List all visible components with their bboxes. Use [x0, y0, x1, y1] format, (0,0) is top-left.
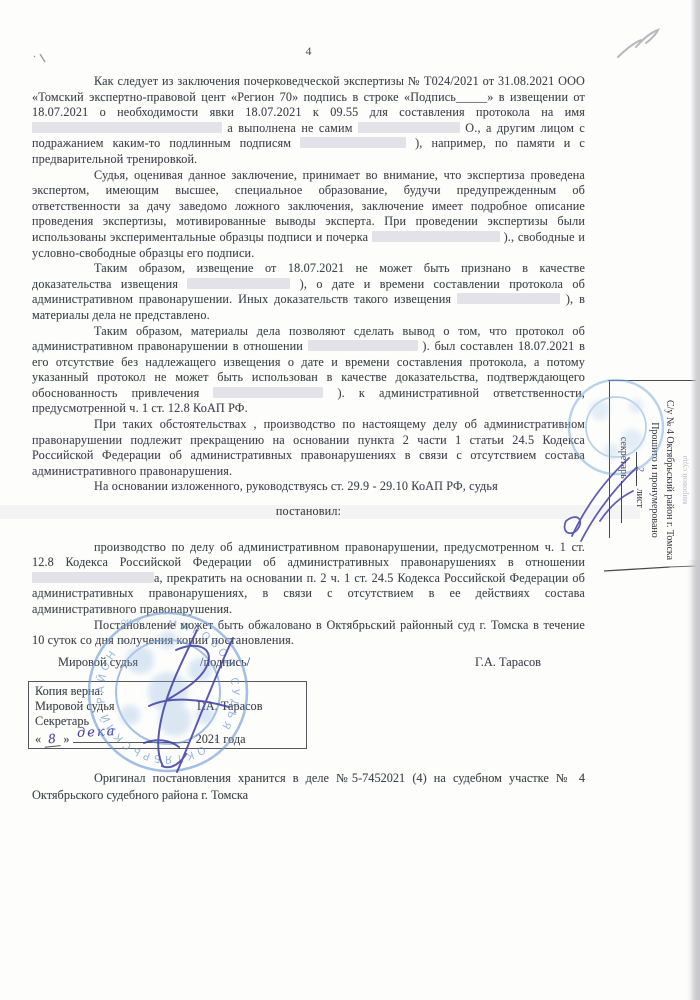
redaction-bar — [372, 231, 500, 242]
quote-open: « — [35, 732, 41, 746]
redaction-bar — [358, 122, 460, 133]
stitched-label-numbered-line: Прошито и пронумеровано — [647, 385, 662, 575]
handwritten-month: дека — [76, 724, 116, 741]
original-kept-note: Оригинал постановления хранится в деле №… — [32, 770, 585, 803]
copy-judge-name: Г.А. Тарасов — [197, 699, 263, 714]
stitched-label: мировой суда С/у № 4 Октябрьский район г… — [612, 385, 692, 575]
ruling-paragraph: На основании изложенного, руководствуясь… — [32, 479, 585, 495]
resolution-heading: постановил: — [32, 504, 585, 520]
scanned-court-ruling-page: 4 Как следует из заключения почерковедче… — [0, 0, 700, 1000]
redaction-bar — [187, 278, 290, 289]
ruling-paragraph: Как следует из заключения почерковедческ… — [32, 74, 585, 168]
ruling-paragraph: Постановление может быть обжаловано в Ок… — [32, 618, 585, 649]
copy-judge-label: Мировой судья — [35, 699, 115, 713]
ruling-paragraphs-before: Как следует из заключения почерковедческ… — [32, 74, 585, 495]
ruling-paragraph: При таких обстоятельствах , производство… — [32, 417, 585, 479]
copy-judge-line: Мировой судья Г.А. Тарасов — [35, 699, 115, 714]
pen-squiggle-top-right — [618, 30, 658, 57]
ruling-text-block: Как следует из заключения почерковедческ… — [32, 74, 585, 649]
stitched-label-court-line: С/у № 4 Октябрьский район г. Томска — [662, 385, 677, 575]
page-number: 4 — [32, 44, 585, 59]
date-underline: дека — [73, 728, 189, 743]
ruling-paragraph: Таким образом, материалы дела позволяют … — [32, 324, 585, 418]
redaction-bar — [300, 137, 406, 148]
handwritten-sheet-count: 2 — [634, 467, 645, 472]
redaction-bar — [213, 387, 323, 398]
stitched-label-secretary-line: секретарь — [616, 385, 632, 575]
judge-signature-row: Мировой судья /подпись/ Г.А. Тарасов — [32, 655, 585, 671]
sheet-count-underline: 2 — [636, 452, 647, 486]
handwritten-day: 8 — [43, 731, 60, 748]
scan-edge-shadow-lower — [686, 560, 700, 1000]
redaction-bar — [32, 572, 154, 583]
redaction-bar — [308, 340, 418, 351]
secretary-underline — [621, 481, 632, 523]
redaction-bar — [457, 293, 560, 304]
judge-name: Г.А. Тарасов — [475, 655, 541, 670]
side-label-left-edge — [609, 380, 610, 538]
redaction-bar — [32, 122, 222, 133]
ruling-paragraph: Судья, оценивая данное заключение, прини… — [32, 168, 585, 262]
copy-true-label: Копия верна. — [35, 684, 103, 699]
judge-title-label: Мировой судья — [58, 655, 138, 670]
secretary-label: секретарь — [618, 437, 629, 479]
copy-certification-box: Копия верна. Мировой судья Г.А. Тарасов … — [28, 681, 307, 749]
ruling-paragraph: Таким образом, извещение от 18.07.2021 н… — [32, 261, 585, 323]
stitched-label-sheets-line: 2 лист — [632, 385, 647, 575]
signature-placeholder-label: /подпись/ — [200, 655, 250, 670]
year-label: 2021 года — [196, 732, 246, 746]
copy-date-line: « 8 » дека 2021 года — [35, 728, 246, 747]
ruling-paragraph: производство по делу об административном… — [32, 540, 585, 618]
sheets-label: лист — [634, 489, 645, 508]
side-label-top-edge — [608, 380, 696, 381]
quote-close: » — [63, 732, 69, 746]
ruling-paragraphs-after: производство по делу об административном… — [32, 540, 585, 649]
